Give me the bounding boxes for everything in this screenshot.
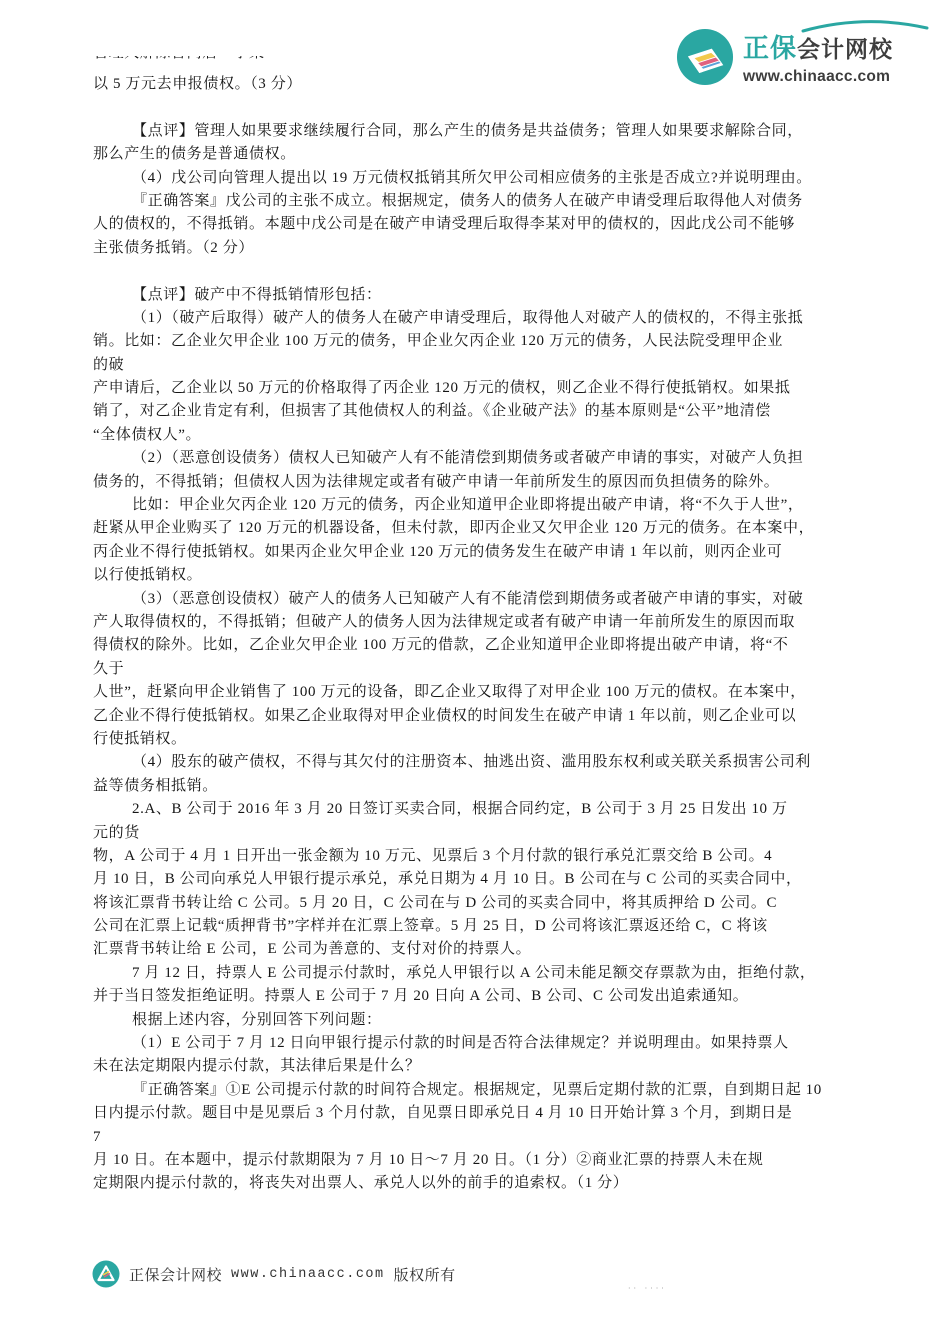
document-body: 以 5 万元去申报债权。（3 分） 【点评】管理人如果要求继续履行合同，那么产生… — [93, 73, 868, 1196]
text-line: 『正确答案』①E 公司提示付款的时间符合规定。根据规定，见票后定期付款的汇票，自… — [93, 1079, 868, 1102]
text-line: 久于 — [93, 658, 868, 681]
text-line: （2）（恶意创设债务）债权人已知破产人有不能清偿到期债务或者破产申请的事实，对破… — [93, 447, 868, 470]
document-page: 正保 会计网校 www.chinaacc.com 管理人解除合同后 李某 以 5… — [0, 0, 950, 1344]
footer-copyright-text: 版权所有 — [394, 1264, 456, 1285]
text-line: 月 10 日，B 公司向承兑人甲银行提示承兑，承兑日期为 4 月 10 日。B … — [93, 868, 868, 891]
text-line: 并于当日签发拒绝证明。持票人 E 公司于 7 月 20 日向 A 公司、B 公司… — [93, 985, 868, 1008]
text-line: 7 月 12 日，持票人 E 公司提示付款时，承兑人甲银行以 A 公司未能足额交… — [93, 962, 868, 985]
footer-brand-text: 正保会计网校 — [129, 1264, 222, 1285]
text-line: 产申请后，乙企业以 50 万元的价格取得了丙企业 120 万元的债权，则乙企业不… — [93, 377, 868, 400]
text-line: 【点评】破产中不得抵销情形包括： — [93, 284, 868, 307]
text-line: 日内提示付款。题目中是见票后 3 个月付款，自见票日即承兑日 4 月 10 日开… — [93, 1102, 868, 1125]
text-line: 益等债务相抵销。 — [93, 775, 868, 798]
text-line: （1）（破产后取得）破产人的债务人在破产申请受理后，取得他人对破产人的债权的，不… — [93, 307, 868, 330]
footer: 正保会计网校 www.chinaacc.com 版权所有 — [92, 1260, 456, 1288]
clipped-line-fragment: 管理人解除合同后 李某 — [93, 56, 453, 65]
text-line: 元的货 — [93, 822, 868, 845]
text-line: 得债权的除外。比如，乙企业欠甲企业 100 万元的借款，乙企业知道甲企业即将提出… — [93, 634, 868, 657]
text-line: 产人取得债权的，不得抵销；但破产人的债务人因为法律规定或者有破产申请一年前所发生… — [93, 611, 868, 634]
text-line: （3）（恶意创设债权）破产人的债务人已知破产人有不能清偿到期债务或者破产申请的事… — [93, 588, 868, 611]
text-line: 债务的，不得抵销；但债权人因为法律规定或者有破产申请一年前所发生的原因而负担债务… — [93, 471, 868, 494]
text-line: 『正确答案』戊公司的主张不成立。根据规定，债务人的债务人在破产申请受理后取得他人… — [93, 190, 868, 213]
text-line: 2.A、B 公司于 2016 年 3 月 20 日签订买卖合同，根据合同约定，B… — [93, 798, 868, 821]
scan-artifact: ·· ···· — [628, 1284, 667, 1293]
logo-brand-row: 正保 会计网校 — [743, 28, 893, 65]
brand-name-primary: 正保 — [743, 28, 797, 65]
text-line: 人的债权的，不得抵销。本题中戊公司是在破产申请受理后取得李某对甲的债权的，因此戊… — [93, 213, 868, 236]
text-line: 物，A 公司于 4 月 1 日开出一张金额为 10 万元、见票后 3 个月付款的… — [93, 845, 868, 868]
text-line: 公司在汇票上记载“质押背书”字样并在汇票上签章。5 月 25 日，D 公司将该汇… — [93, 915, 868, 938]
text-line: 销了，对乙企业肯定有利，但损害了其他债权人的利益。《企业破产法》的基本原则是“公… — [93, 400, 868, 423]
text-line: 汇票背书转让给 E 公司，E 公司为善意的、支付对价的持票人。 — [93, 938, 868, 961]
text-line: 以行使抵销权。 — [93, 564, 868, 587]
text-line: 乙企业不得行使抵销权。如果乙企业取得对甲企业债权的时间发生在破产申请 1 年以前… — [93, 705, 868, 728]
logo-arc-decoration — [801, 19, 929, 33]
text-line: （1）E 公司于 7 月 12 日向甲银行提示付款的时间是否符合法律规定？并说明… — [93, 1032, 868, 1055]
chinaacc-footer-logo-icon — [92, 1260, 120, 1288]
text-line: 的破 — [93, 354, 868, 377]
text-line: 行使抵销权。 — [93, 728, 868, 751]
text-line: 比如：甲企业欠丙企业 120 万元的债务，丙企业知道甲企业即将提出破产申请，将“… — [93, 494, 868, 517]
text-line — [93, 260, 868, 283]
text-line: 人世”，赶紧向甲企业销售了 100 万元的设备，即乙企业又取得了对甲企业 100… — [93, 681, 868, 704]
text-line: 丙企业不得行使抵销权。如果丙企业欠甲企业 120 万元的债务发生在破产申请 1 … — [93, 541, 868, 564]
text-line: 销。比如：乙企业欠甲企业 100 万元的债务，甲企业欠丙企业 120 万元的债务… — [93, 330, 868, 353]
text-line: 月 10 日。在本题中，提示付款期限为 7 月 10 日～7 月 20 日。（1… — [93, 1149, 868, 1172]
text-line: “全体债权人”。 — [93, 424, 868, 447]
brand-name-secondary: 会计网校 — [797, 31, 893, 64]
text-line: 根据上述内容，分别回答下列问题： — [93, 1009, 868, 1032]
text-line: 定期限内提示付款的，将丧失对出票人、承兑人以外的前手的追索权。（1 分） — [93, 1172, 868, 1195]
text-line: 未在法定期限内提示付款，其法律后果是什么？ — [93, 1055, 868, 1078]
text-line: 赶紧从甲企业购买了 120 万元的机器设备，但未付款，即丙企业又欠甲企业 120… — [93, 517, 868, 540]
text-line: 将该汇票背书转让给 C 公司。5 月 20 日，C 公司在与 D 公司的买卖合同… — [93, 892, 868, 915]
text-line: 那么产生的债务是普通债权。 — [93, 143, 868, 166]
text-line — [93, 96, 868, 119]
text-line: 以 5 万元去申报债权。（3 分） — [93, 73, 868, 96]
text-line: （4）股东的破产债权，不得与其欠付的注册资本、抽逃出资、滥用股东权利或关联关系损… — [93, 751, 868, 774]
text-line: 【点评】管理人如果要求继续履行合同，那么产生的债务是共益债务；管理人如果要求解除… — [93, 120, 868, 143]
text-line: （4）戊公司向管理人提出以 19 万元债权抵销其所欠甲公司相应债务的主张是否成立… — [93, 167, 868, 190]
text-line: 主张债务抵销。（2 分） — [93, 237, 868, 260]
text-line: 7 — [93, 1126, 868, 1149]
footer-website-url: www.chinaacc.com — [231, 1267, 385, 1282]
